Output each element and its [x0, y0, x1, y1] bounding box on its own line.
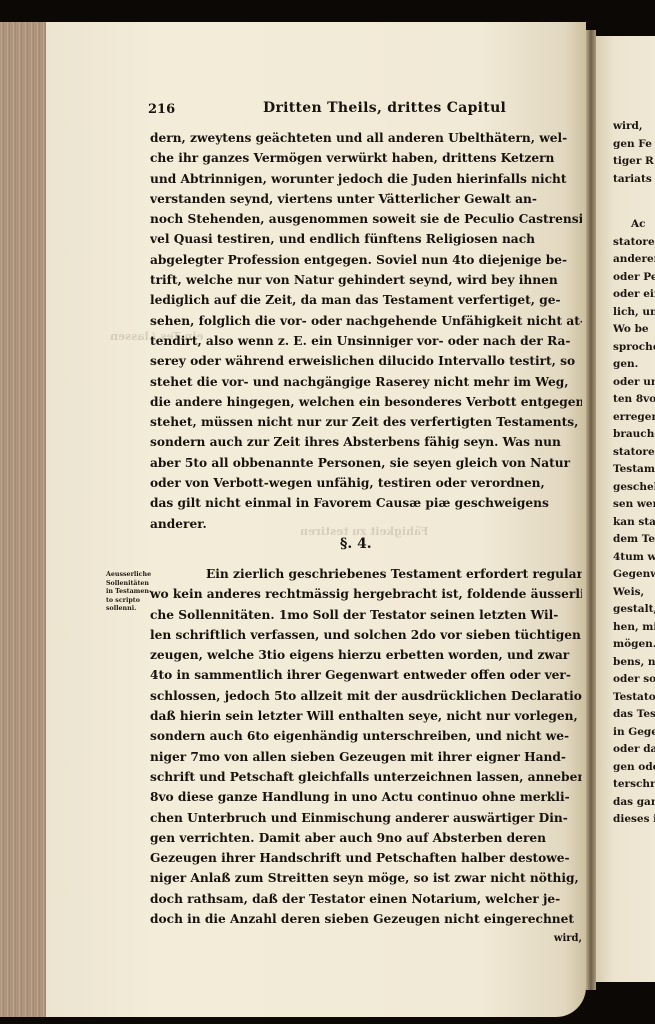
text-line: verstanden seynd, viertens unter Vätterl…: [150, 189, 582, 209]
text-fragment: mögen.: [613, 636, 655, 654]
text-fragment: Weis,: [613, 584, 655, 602]
text-fragment: sprochen: [613, 339, 655, 357]
text-line: schlossen, jedoch 5to allzeit mit der au…: [150, 686, 582, 706]
text-fragment: Wo be: [613, 321, 655, 339]
text-line: die andere hingegen, welchen ein besonde…: [150, 392, 582, 412]
text-fragment: geschehen: [613, 479, 655, 497]
text-line: niger 7mo von allen sieben Gezeugen mit …: [150, 747, 582, 767]
text-fragment: in Gege: [613, 724, 655, 742]
text-fragment: oder son: [613, 671, 655, 689]
book-gutter: [586, 30, 596, 990]
text-line: dern, zweytens geächteten und all andere…: [150, 128, 582, 148]
text-line: lediglich auf die Zeit, da man das Testa…: [150, 290, 582, 310]
text-line: gen verrichten. Damit aber auch 9no auf …: [150, 828, 582, 848]
text-fragment: bens, n: [613, 654, 655, 672]
text-fragment: Ac: [613, 216, 655, 234]
text-fragment: oder un: [613, 374, 655, 392]
text-line: sondern auch zur Zeit ihres Absterbens f…: [150, 432, 582, 452]
text-line: und Abtrinnigen, worunter jedoch die Jud…: [150, 169, 582, 189]
text-line: wo kein anderes rechtmässig hergebracht …: [150, 584, 582, 604]
marginal-note-line: Sollenitäten: [106, 580, 152, 589]
text-line: das gilt nicht einmal in Favorem Causæ p…: [150, 493, 582, 513]
text-fragment: anderen: [613, 251, 655, 269]
text-line: anderer.: [150, 514, 582, 534]
text-fragment: gen Fe: [613, 136, 655, 154]
text-fragment: hen, mi: [613, 619, 655, 637]
text-line: vel Quasi testiren, und endlich fünftens…: [150, 229, 582, 249]
text-line: niger Anlaß zum Streitten seyn möge, so …: [150, 868, 582, 888]
text-fragment: ten 8vo: [613, 391, 655, 409]
text-fragment: tariats: [613, 171, 655, 189]
marginal-note-line: sollenni.: [106, 605, 152, 614]
catchword: wird,: [150, 929, 582, 949]
text-fragment: dieses in: [613, 811, 655, 829]
page-number: 216: [148, 102, 175, 117]
marginal-note-line: Aeusserliche: [106, 571, 152, 580]
text-fragment: lich, un: [613, 304, 655, 322]
text-fragment: gen oder: [613, 759, 655, 777]
text-line: doch rathsam, daß der Testator einen Not…: [150, 889, 582, 909]
text-fragment: dem Te: [613, 531, 655, 549]
text-line: Ein zierlich geschriebenes Testament erf…: [150, 564, 582, 584]
text-line: sehen, folglich die vor- oder nachgehend…: [150, 311, 582, 331]
text-line: sondern auch 6to eigenhändig unterschrei…: [150, 726, 582, 746]
running-head: Dritten Theils, drittes Capitul: [263, 100, 506, 116]
text-line: zeugen, welche 3tio eigens hierzu erbett…: [150, 645, 582, 665]
book-page-edges: [0, 22, 47, 1017]
paragraph-1: dern, zweytens geächteten und all andere…: [150, 128, 582, 534]
text-fragment: wird,: [613, 118, 655, 136]
text-line: 4to in sammentlich ihrer Gegenwart entwe…: [150, 665, 582, 685]
text-fragment: oder ein: [613, 286, 655, 304]
text-fragment: erregen: [613, 409, 655, 427]
text-line: schrift und Petschaft gleichfalls unterz…: [150, 767, 582, 787]
text-fragment: 4tum wi: [613, 549, 655, 567]
text-line: tendirt, also wenn z. E. ein Unsinniger …: [150, 331, 582, 351]
text-fragment: brauchen: [613, 426, 655, 444]
text-fragment: statore: [613, 444, 655, 462]
section-heading: §. 4.: [340, 536, 372, 552]
marginal-note-line: in Testamen-: [106, 588, 152, 597]
text-line: doch in die Anzahl deren sieben Gezeugen…: [150, 909, 582, 929]
marginal-note-line: to scripto: [106, 597, 152, 606]
text-fragment: Gegenw: [613, 566, 655, 584]
text-fragment: kan stat: [613, 514, 655, 532]
text-line: abgelegter Profession entgegen. Soviel n…: [150, 250, 582, 270]
paragraph-2: Ein zierlich geschriebenes Testament erf…: [150, 564, 582, 950]
text-line: che Sollennitäten. 1mo Soll der Testator…: [150, 605, 582, 625]
text-line: noch Stehenden, ausgenommen soweit sie d…: [150, 209, 582, 229]
text-fragment: terschrei: [613, 776, 655, 794]
text-line: oder von Verbott-wegen unfähig, testiren…: [150, 473, 582, 493]
text-fragment: sen werd: [613, 496, 655, 514]
text-fragment: das Tes: [613, 706, 655, 724]
text-line: len schriftlich verfassen, und solchen 2…: [150, 625, 582, 645]
text-line: Gezeugen ihrer Handschrift und Petschaft…: [150, 848, 582, 868]
text-fragment: oder Pe: [613, 269, 655, 287]
text-line: daß hierin sein letzter Will enthalten s…: [150, 706, 582, 726]
right-page-text: wird, gen Fe tiger R tariats Ac statore …: [613, 118, 655, 829]
text-line: stehet, müssen nicht nur zur Zeit des ve…: [150, 412, 582, 432]
text-line: che ihr ganzes Vermögen verwürkt haben, …: [150, 148, 582, 168]
text-fragment: gestalt,: [613, 601, 655, 619]
text-line: 8vo diese ganze Handlung in uno Actu con…: [150, 787, 582, 807]
text-line: aber 5to all obbenannte Personen, sie se…: [150, 453, 582, 473]
text-line: chen Unterbruch und Einmischung anderer …: [150, 808, 582, 828]
text-line: trift, welche nur von Natur gehindert se…: [150, 270, 582, 290]
text-fragment: tiger R: [613, 153, 655, 171]
text-fragment: gen.: [613, 356, 655, 374]
text-line: stehet die vor- und nachgängige Raserey …: [150, 372, 582, 392]
text-line: serey oder während erweislichen dilucido…: [150, 351, 582, 371]
text-fragment: Testam: [613, 461, 655, 479]
text-fragment: Testator: [613, 689, 655, 707]
marginal-note: Aeusserliche Sollenitäten in Testamen- t…: [106, 571, 152, 614]
text-fragment: oder da: [613, 741, 655, 759]
text-fragment: statore: [613, 234, 655, 252]
text-fragment: das gan: [613, 794, 655, 812]
